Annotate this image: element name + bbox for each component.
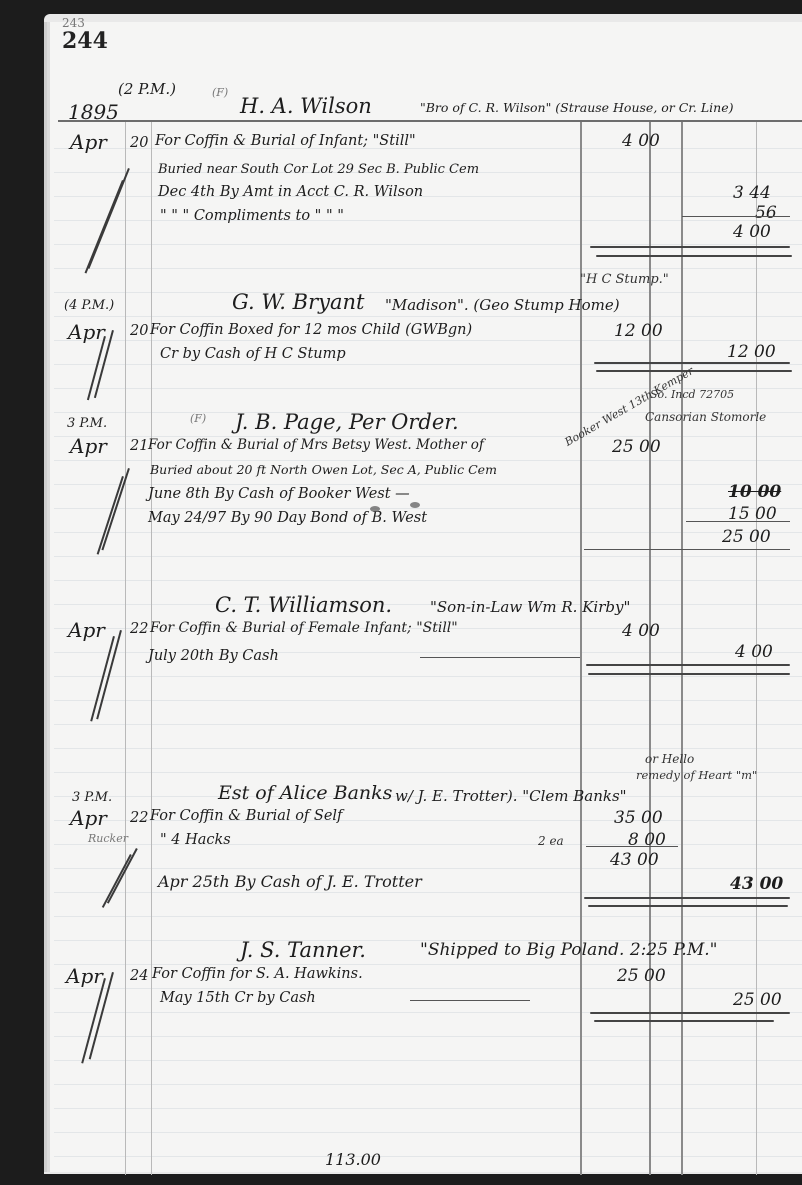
entry-line: For Coffin & Burial of Mrs Betsy West. M… bbox=[148, 437, 484, 453]
entry-month: Apr bbox=[70, 434, 107, 458]
entry-line: For Coffin Boxed for 12 mos Child (GWBgn… bbox=[150, 322, 472, 338]
ruled-line bbox=[54, 484, 802, 485]
ruled-line bbox=[54, 964, 802, 965]
ruled-line bbox=[54, 1132, 802, 1133]
ruled-line bbox=[54, 988, 802, 989]
entry-name: J. B. Page, Per Order. bbox=[235, 410, 459, 434]
entry-line: May 15th Cr by Cash bbox=[160, 990, 316, 1006]
footer-total: 113.00 bbox=[325, 1150, 381, 1169]
entry-line: " 4 Hacks bbox=[160, 832, 231, 848]
entry-day: 22 bbox=[130, 810, 148, 826]
closing-double-rule bbox=[594, 362, 790, 364]
entry-side-note: So. Incd 72705 bbox=[650, 388, 734, 401]
entry-name: J. S. Tanner. bbox=[240, 938, 366, 962]
ruled-line bbox=[54, 268, 802, 269]
closing-double-rule bbox=[590, 246, 790, 248]
entry-line: Dec 4th By Amt in Acct C. R. Wilson bbox=[158, 184, 423, 200]
ruled-line bbox=[54, 580, 802, 581]
entry-line: June 8th By Cash of Booker West — bbox=[148, 486, 410, 502]
entry-line: July 20th By Cash bbox=[148, 648, 279, 664]
entry-line: " " " Compliments to " " " bbox=[160, 208, 344, 224]
ruled-line bbox=[54, 1084, 802, 1085]
debit-amount: 35 00 bbox=[614, 808, 663, 828]
entry-line: May 24/97 By 90 Day Bond of B. West bbox=[148, 510, 427, 526]
ruled-line bbox=[54, 1108, 802, 1109]
entry-line: For Coffin & Burial of Self bbox=[150, 808, 342, 824]
ruled-line bbox=[54, 532, 802, 533]
ink-blot bbox=[370, 506, 380, 512]
entry-month: Apr bbox=[66, 964, 103, 988]
ruled-line bbox=[54, 868, 802, 869]
entry-line: Buried about 20 ft North Owen Lot, Sec A… bbox=[150, 462, 497, 477]
credit-amount: 43 00 bbox=[730, 874, 783, 894]
header-rule bbox=[58, 120, 802, 122]
entry-line: For Coffin & Burial of Female Infant; "S… bbox=[150, 620, 458, 636]
closing-double-rule bbox=[594, 1020, 774, 1022]
ruled-line bbox=[54, 460, 802, 461]
ruled-line bbox=[54, 748, 802, 749]
year: 1895 bbox=[68, 100, 119, 124]
ruled-line bbox=[54, 244, 802, 245]
ruled-line bbox=[54, 292, 802, 293]
entry-line: Buried near South Cor Lot 29 Sec B. Publ… bbox=[158, 162, 479, 177]
credit-amount: 56 bbox=[755, 203, 777, 223]
entry-side-note: or Hello bbox=[645, 752, 694, 766]
entry-side-note: remedy of Heart "m" bbox=[636, 768, 757, 782]
ruled-line bbox=[54, 1060, 802, 1061]
closing-double-rule bbox=[584, 897, 790, 899]
entry-name: C. T. Williamson. bbox=[215, 593, 392, 617]
credit-amount: 4 00 bbox=[735, 642, 773, 662]
ruled-line bbox=[54, 916, 802, 917]
credit-total: 4 00 bbox=[733, 222, 771, 242]
entry-name-note: "Shipped to Big Poland. 2:25 P.M." bbox=[420, 940, 717, 960]
ruled-line bbox=[54, 724, 802, 725]
debit-amount: 8 00 bbox=[628, 830, 666, 850]
ruled-line bbox=[54, 1156, 802, 1157]
closing-double-rule bbox=[596, 255, 792, 257]
page-number: 244 bbox=[62, 28, 108, 54]
entry-day: 21 bbox=[130, 438, 148, 454]
entry-month: Apr bbox=[70, 806, 107, 830]
entry-day: 20 bbox=[130, 323, 148, 339]
entry-code-note: (F) bbox=[190, 412, 206, 425]
entry-side-note: Cansorian Stomorle bbox=[645, 410, 766, 424]
entry-time-note: (4 P.M.) bbox=[64, 298, 114, 313]
credit-amount: 3 44 bbox=[733, 183, 771, 203]
debit-amount: 25 00 bbox=[612, 437, 661, 457]
ruled-line bbox=[54, 508, 802, 509]
subtotal-rule bbox=[682, 216, 790, 217]
column-line-credit-left bbox=[681, 120, 683, 1175]
debit-amount: 4 00 bbox=[622, 131, 660, 151]
hacks-rate-note: 2 ea bbox=[538, 834, 564, 848]
entry-side-note: "H C Stump." bbox=[580, 272, 669, 287]
subtotal-rule bbox=[686, 521, 790, 522]
debit-amount: 12 00 bbox=[614, 321, 663, 341]
credit-amount: 10 00 bbox=[728, 482, 781, 502]
debit-amount: 4 00 bbox=[622, 621, 660, 641]
filler-rule bbox=[420, 657, 580, 658]
entry-name-note: w/ J. E. Trotter). "Clem Banks" bbox=[395, 787, 627, 805]
entry-name: H. A. Wilson bbox=[240, 94, 372, 118]
entry-name: G. W. Bryant bbox=[232, 290, 364, 314]
entry-month: Apr bbox=[68, 618, 105, 642]
closing-double-rule bbox=[586, 664, 790, 666]
entry-time-note: 3 P.M. bbox=[72, 790, 112, 805]
credit-amount: 12 00 bbox=[727, 342, 776, 362]
debit-amount: 25 00 bbox=[617, 966, 666, 986]
entry-name: Est of Alice Banks bbox=[218, 782, 392, 804]
entry-code-note: (F) bbox=[212, 86, 228, 99]
entry-time-note: (2 P.M.) bbox=[118, 80, 176, 98]
subtotal-rule bbox=[586, 846, 678, 847]
closing-double-rule bbox=[588, 673, 790, 675]
entry-line: For Coffin & Burial of Infant; "Still" bbox=[155, 133, 416, 149]
closing-double-rule bbox=[588, 905, 788, 907]
column-line-month bbox=[125, 120, 126, 1175]
ruled-line bbox=[54, 1036, 802, 1037]
margin-note: Rucker bbox=[88, 832, 128, 845]
entry-month: Apr bbox=[68, 320, 105, 344]
entry-name-note: "Son-in-Law Wm R. Kirby" bbox=[430, 598, 630, 616]
ruled-line bbox=[54, 604, 802, 605]
ruled-line bbox=[54, 892, 802, 893]
entry-name-note: "Madison". (Geo Stump Home) bbox=[385, 296, 620, 314]
entry-line: Apr 25th By Cash of J. E. Trotter bbox=[158, 872, 422, 891]
entry-line: For Coffin for S. A. Hawkins. bbox=[152, 966, 363, 982]
entry-day: 22 bbox=[130, 621, 148, 637]
entry-line: Cr by Cash of H C Stump bbox=[160, 346, 346, 362]
entry-day: 20 bbox=[130, 135, 148, 151]
filler-rule bbox=[410, 1000, 530, 1001]
ruled-line bbox=[54, 556, 802, 557]
credit-total: 25 00 bbox=[722, 527, 771, 547]
ruled-line bbox=[54, 676, 802, 677]
ruled-line bbox=[54, 340, 802, 341]
entry-month: Apr bbox=[70, 130, 107, 154]
ink-blot bbox=[410, 502, 420, 508]
debit-total: 43 00 bbox=[610, 850, 659, 870]
entry-name-note: "Bro of C. R. Wilson" (Strause House, or… bbox=[420, 100, 733, 115]
ruled-line bbox=[54, 316, 802, 317]
entry-time-note: 3 P.M. bbox=[67, 416, 107, 431]
credit-amount: 25 00 bbox=[733, 990, 782, 1010]
entry-day: 24 bbox=[130, 968, 148, 984]
ruled-line bbox=[54, 700, 802, 701]
closing-rule bbox=[584, 549, 790, 550]
closing-double-rule bbox=[590, 1012, 790, 1014]
